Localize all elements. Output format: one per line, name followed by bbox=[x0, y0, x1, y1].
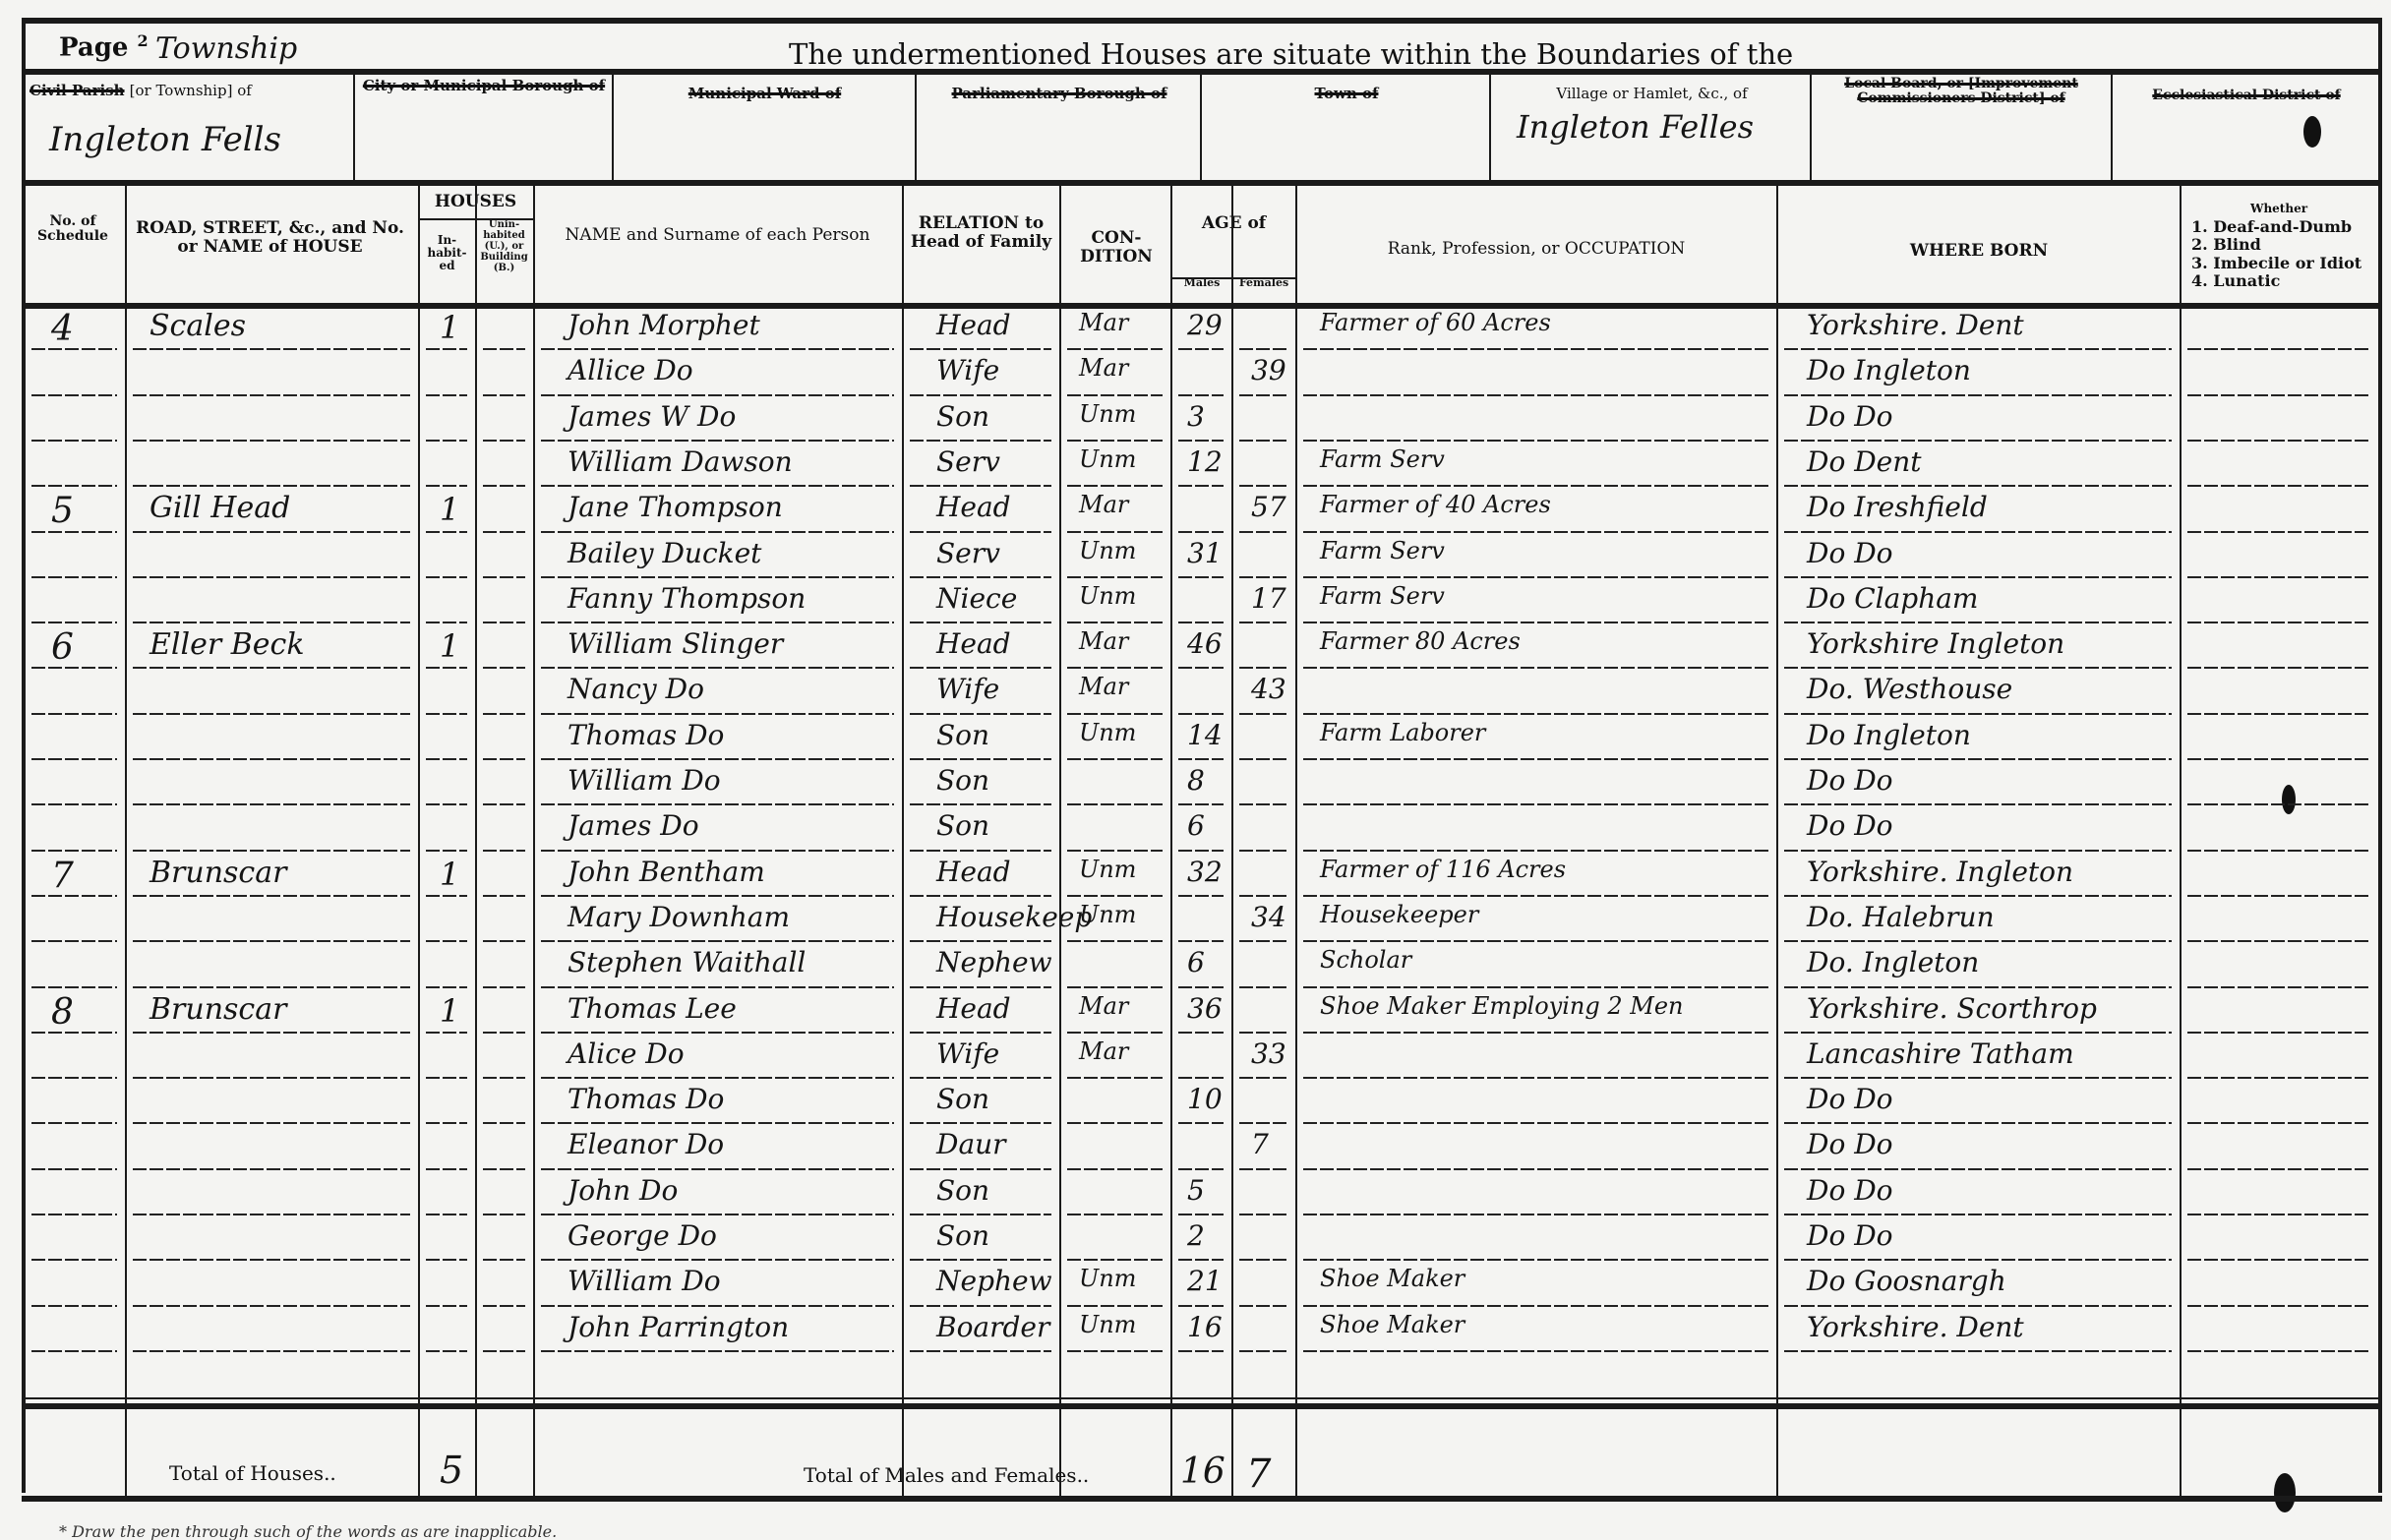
where-born: Do Do bbox=[1807, 400, 1893, 433]
row-rule bbox=[2187, 1259, 2370, 1261]
female-age: 43 bbox=[1251, 673, 1286, 705]
where-born: Yorkshire. Ingleton bbox=[1807, 856, 2073, 888]
col-header-road: ROAD, STREET, &c., and No. or NAME of HO… bbox=[125, 219, 415, 256]
boundary-label: Village or Hamlet, &c., of bbox=[1497, 87, 1807, 102]
row-rule bbox=[1178, 394, 1224, 396]
row-rule bbox=[1239, 622, 1287, 623]
row-rule bbox=[1178, 895, 1224, 897]
page-title: The undermentioned Houses are situate wi… bbox=[789, 37, 1793, 71]
row-rule bbox=[31, 1259, 117, 1261]
row-rule bbox=[22, 303, 2382, 309]
row-rule bbox=[910, 1122, 1051, 1124]
person-name: James Do bbox=[568, 809, 699, 842]
row-rule bbox=[1303, 803, 1768, 805]
row-rule bbox=[2187, 576, 2370, 578]
footnote: * Draw the pen through such of the words… bbox=[59, 1522, 557, 1540]
row-rule bbox=[426, 531, 467, 533]
male-age: 5 bbox=[1187, 1174, 1205, 1207]
row-rule bbox=[483, 667, 525, 669]
schedule-number: 7 bbox=[51, 856, 74, 896]
row-rule bbox=[1178, 1305, 1224, 1307]
relation: Head bbox=[936, 309, 1011, 341]
row-rule bbox=[910, 1350, 1051, 1352]
row-rule bbox=[483, 713, 525, 715]
row-rule bbox=[910, 803, 1051, 805]
row-rule bbox=[1784, 758, 2172, 760]
row-rule bbox=[1784, 986, 2172, 988]
row-rule bbox=[31, 1305, 117, 1307]
col-header-name: NAME and Surname of each Person bbox=[538, 226, 897, 245]
column-rule bbox=[1059, 183, 1061, 1496]
relation: Son bbox=[936, 809, 989, 842]
row-rule bbox=[1239, 1077, 1287, 1079]
row-rule bbox=[426, 803, 467, 805]
column-rule bbox=[1295, 183, 1297, 1496]
row-rule bbox=[541, 576, 894, 578]
row-rule bbox=[31, 440, 117, 442]
person-name: Allice Do bbox=[568, 354, 693, 386]
row-rule bbox=[541, 1214, 894, 1215]
row-rule bbox=[541, 986, 894, 988]
row-rule bbox=[1239, 1259, 1287, 1261]
row-rule bbox=[1784, 940, 2172, 942]
infirmity-option: 2. Blind bbox=[2191, 236, 2378, 254]
row-rule bbox=[1784, 348, 2172, 350]
row-rule bbox=[910, 895, 1051, 897]
row-rule bbox=[2187, 1077, 2370, 1079]
row-rule bbox=[1178, 803, 1224, 805]
row-rule bbox=[133, 1259, 410, 1261]
male-age: 6 bbox=[1187, 946, 1205, 978]
row-rule bbox=[483, 1350, 525, 1352]
row-rule bbox=[31, 850, 117, 852]
row-rule bbox=[1239, 1122, 1287, 1124]
schedule-number: 6 bbox=[51, 627, 74, 668]
relation: Nephew bbox=[936, 1265, 1052, 1297]
relation: Serv bbox=[936, 537, 1000, 569]
col-header-occupation: Rank, Profession, or OCCUPATION bbox=[1300, 240, 1772, 259]
row-rule bbox=[1178, 576, 1224, 578]
row-rule bbox=[2187, 1168, 2370, 1170]
row-rule bbox=[1303, 348, 1768, 350]
occupation: Farm Serv bbox=[1320, 537, 1445, 564]
where-born: Yorkshire Ingleton bbox=[1807, 627, 2064, 660]
row-rule bbox=[1178, 531, 1224, 533]
occupation: Farmer of 60 Acres bbox=[1320, 309, 1551, 336]
row-rule bbox=[1067, 986, 1163, 988]
row-rule bbox=[133, 348, 410, 350]
where-born: Yorkshire. Dent bbox=[1807, 1311, 2024, 1343]
row-rule bbox=[1303, 713, 1768, 715]
row-rule bbox=[2187, 713, 2370, 715]
col-header-schedule: No. of Schedule bbox=[24, 214, 122, 245]
row-rule bbox=[1303, 1122, 1768, 1124]
person-name: Fanny Thompson bbox=[568, 582, 806, 615]
row-rule bbox=[2187, 394, 2370, 396]
column-rule bbox=[1776, 183, 1778, 1496]
row-rule bbox=[133, 1168, 410, 1170]
row-rule bbox=[2187, 758, 2370, 760]
row-rule bbox=[483, 1077, 525, 1079]
column-rule bbox=[902, 183, 904, 1496]
row-rule bbox=[483, 1032, 525, 1034]
row-rule bbox=[22, 1397, 2382, 1399]
occupation: Scholar bbox=[1320, 946, 1411, 974]
row-rule bbox=[1170, 277, 1295, 279]
column-rule bbox=[1170, 183, 1172, 1496]
row-rule bbox=[426, 1259, 467, 1261]
female-age: 57 bbox=[1251, 491, 1286, 523]
row-rule bbox=[1067, 758, 1163, 760]
row-rule bbox=[910, 348, 1051, 350]
person-name: James W Do bbox=[568, 400, 736, 433]
row-rule bbox=[133, 531, 410, 533]
condition: Mar bbox=[1079, 627, 1128, 655]
house-name: Eller Beck bbox=[149, 627, 305, 662]
total-males-value: 16 bbox=[1180, 1451, 1225, 1492]
where-born: Yorkshire. Dent bbox=[1807, 309, 2024, 341]
person-name: Stephen Waithall bbox=[568, 946, 806, 978]
row-rule bbox=[31, 1168, 117, 1170]
person-name: Thomas Do bbox=[568, 719, 724, 751]
row-rule bbox=[426, 576, 467, 578]
row-rule bbox=[426, 348, 467, 350]
ink-blot bbox=[2282, 785, 2296, 814]
row-rule bbox=[1784, 576, 2172, 578]
row-rule bbox=[1239, 1350, 1287, 1352]
boundary-value: Ingleton Felles bbox=[1517, 108, 1754, 146]
inhabited-count: 1 bbox=[440, 856, 459, 893]
person-name: Thomas Do bbox=[568, 1083, 724, 1115]
row-rule bbox=[1303, 576, 1768, 578]
row-rule bbox=[541, 713, 894, 715]
col-header-uninhabited: Unin-habited (U.), or Building (B.) bbox=[477, 219, 531, 273]
row-rule bbox=[133, 1077, 410, 1079]
occupation: Farm Serv bbox=[1320, 582, 1445, 610]
male-age: 29 bbox=[1187, 309, 1223, 341]
row-rule bbox=[1784, 895, 2172, 897]
house-name: Scales bbox=[149, 309, 246, 343]
row-rule bbox=[910, 394, 1051, 396]
row-rule bbox=[133, 895, 410, 897]
row-rule bbox=[1784, 1305, 2172, 1307]
ink-blot bbox=[2274, 1473, 2296, 1512]
schedule-number: 5 bbox=[51, 491, 74, 531]
row-rule bbox=[1178, 850, 1224, 852]
row-rule bbox=[426, 895, 467, 897]
row-rule bbox=[910, 485, 1051, 487]
row-rule bbox=[483, 1214, 525, 1215]
column-rule bbox=[1231, 183, 1233, 1496]
row-rule bbox=[2187, 1214, 2370, 1215]
row-rule bbox=[483, 895, 525, 897]
row-rule bbox=[133, 1305, 410, 1307]
row-rule bbox=[483, 758, 525, 760]
relation: Wife bbox=[936, 673, 999, 705]
row-rule bbox=[910, 531, 1051, 533]
row-rule bbox=[541, 1122, 894, 1124]
col-header-relation: RELATION to Head of Family bbox=[905, 214, 1057, 251]
row-rule bbox=[31, 348, 117, 350]
total-houses-label: Total of Houses.. bbox=[169, 1461, 336, 1485]
row-rule bbox=[910, 758, 1051, 760]
row-rule bbox=[1303, 940, 1768, 942]
row-rule bbox=[1784, 803, 2172, 805]
row-rule bbox=[1178, 1122, 1224, 1124]
condition: Unm bbox=[1079, 901, 1136, 928]
row-rule bbox=[483, 394, 525, 396]
row-rule bbox=[1303, 667, 1768, 669]
condition: Unm bbox=[1079, 537, 1136, 564]
occupation: Housekeeper bbox=[1320, 901, 1478, 928]
row-rule bbox=[1303, 622, 1768, 623]
row-rule bbox=[541, 394, 894, 396]
male-age: 8 bbox=[1187, 764, 1205, 797]
relation: Head bbox=[936, 627, 1011, 660]
row-rule bbox=[2187, 1122, 2370, 1124]
male-age: 6 bbox=[1187, 809, 1205, 842]
inhabited-count: 1 bbox=[440, 491, 459, 528]
page-number: 2 bbox=[137, 31, 148, 50]
row-rule bbox=[1303, 1032, 1768, 1034]
boundary-label: [or Township] of bbox=[130, 82, 252, 99]
row-rule bbox=[483, 576, 525, 578]
row-rule bbox=[1784, 1077, 2172, 1079]
occupation: Shoe Maker bbox=[1320, 1311, 1464, 1338]
occupation: Farm Serv bbox=[1320, 445, 1445, 473]
row-rule bbox=[1303, 1077, 1768, 1079]
row-rule bbox=[1178, 940, 1224, 942]
where-born: Do Do bbox=[1807, 1174, 1893, 1207]
row-rule bbox=[133, 803, 410, 805]
row-rule bbox=[31, 803, 117, 805]
row-rule bbox=[426, 667, 467, 669]
occupation: Farmer of 40 Acres bbox=[1320, 491, 1551, 518]
row-rule bbox=[1067, 348, 1163, 350]
row-rule bbox=[133, 1032, 410, 1034]
row-rule bbox=[1178, 1168, 1224, 1170]
house-name: Gill Head bbox=[149, 491, 290, 525]
relation: Son bbox=[936, 400, 989, 433]
row-rule bbox=[418, 218, 533, 220]
total-houses-value: 5 bbox=[440, 1449, 463, 1492]
row-rule bbox=[910, 667, 1051, 669]
row-rule bbox=[483, 940, 525, 942]
row-rule bbox=[426, 1122, 467, 1124]
row-rule bbox=[1067, 850, 1163, 852]
row-rule bbox=[483, 803, 525, 805]
person-name: John Do bbox=[568, 1174, 678, 1207]
condition: Mar bbox=[1079, 309, 1128, 336]
where-born: Do Clapham bbox=[1807, 582, 1978, 615]
row-rule bbox=[1303, 1350, 1768, 1352]
row-rule bbox=[1178, 485, 1224, 487]
boundary-village: Village or Hamlet, &c., of Ingleton Fell… bbox=[1497, 87, 1807, 102]
person-name: William Slinger bbox=[568, 627, 783, 660]
row-rule bbox=[1303, 531, 1768, 533]
where-born: Lancashire Tatham bbox=[1807, 1037, 2074, 1070]
row-rule bbox=[1784, 440, 2172, 442]
total-females-value: 7 bbox=[1246, 1451, 1271, 1497]
condition: Unm bbox=[1079, 582, 1136, 610]
row-rule bbox=[483, 986, 525, 988]
row-rule bbox=[1067, 1122, 1163, 1124]
row-rule bbox=[133, 1122, 410, 1124]
row-rule bbox=[426, 1305, 467, 1307]
row-rule bbox=[483, 850, 525, 852]
relation: Boarder bbox=[936, 1311, 1049, 1343]
row-rule bbox=[1239, 440, 1287, 442]
row-rule bbox=[483, 1259, 525, 1261]
boundary-ecclesiastical: Ecclesiastical District of bbox=[2119, 89, 2374, 103]
person-name: Nancy Do bbox=[568, 673, 704, 705]
boundary-town: Town of bbox=[1208, 87, 1485, 102]
where-born: Do Do bbox=[1807, 764, 1893, 797]
row-rule bbox=[133, 1214, 410, 1215]
frame-top bbox=[22, 18, 2382, 24]
row-rule bbox=[1784, 1122, 2172, 1124]
row-rule bbox=[133, 713, 410, 715]
person-name: Thomas Lee bbox=[568, 992, 737, 1025]
row-rule bbox=[1067, 940, 1163, 942]
row-rule bbox=[1239, 394, 1287, 396]
female-age: 17 bbox=[1251, 582, 1286, 615]
row-rule bbox=[426, 394, 467, 396]
row-rule bbox=[426, 986, 467, 988]
condition: Mar bbox=[1079, 491, 1128, 518]
condition: Mar bbox=[1079, 673, 1128, 700]
infirmity-option: 4. Lunatic bbox=[2191, 272, 2378, 290]
boundary-ward: Municipal Ward of bbox=[620, 87, 910, 102]
row-rule bbox=[426, 850, 467, 852]
person-name: Alice Do bbox=[568, 1037, 685, 1070]
row-rule bbox=[910, 576, 1051, 578]
male-age: 46 bbox=[1187, 627, 1223, 660]
male-age: 16 bbox=[1187, 1311, 1223, 1343]
relation: Head bbox=[936, 992, 1011, 1025]
page-label: Page 2 bbox=[59, 31, 149, 63]
row-rule bbox=[133, 667, 410, 669]
where-born: Do Ingleton bbox=[1807, 354, 1971, 386]
relation: Son bbox=[936, 719, 989, 751]
where-born: Yorkshire. Scorthrop bbox=[1807, 992, 2097, 1025]
row-rule bbox=[426, 622, 467, 623]
male-age: 3 bbox=[1187, 400, 1205, 433]
row-rule bbox=[2187, 1032, 2370, 1034]
ink-blot bbox=[2303, 116, 2321, 148]
inhabited-count: 1 bbox=[440, 992, 459, 1030]
row-rule bbox=[31, 713, 117, 715]
where-born: Do Do bbox=[1807, 1128, 1893, 1160]
row-rule bbox=[910, 850, 1051, 852]
row-rule bbox=[1239, 850, 1287, 852]
row-rule bbox=[1239, 895, 1287, 897]
row-rule bbox=[133, 440, 410, 442]
row-rule bbox=[1067, 713, 1163, 715]
row-rule bbox=[1067, 576, 1163, 578]
row-rule bbox=[541, 622, 894, 623]
row-rule bbox=[1067, 1077, 1163, 1079]
row-rule bbox=[1178, 622, 1224, 623]
row-rule bbox=[1067, 485, 1163, 487]
row-rule bbox=[2187, 940, 2370, 942]
row-rule bbox=[1067, 1259, 1163, 1261]
male-age: 36 bbox=[1187, 992, 1223, 1025]
row-rule bbox=[1067, 394, 1163, 396]
row-rule bbox=[1178, 1032, 1224, 1034]
row-rule bbox=[133, 850, 410, 852]
occupation: Shoe Maker Employing 2 Men bbox=[1320, 992, 1684, 1020]
row-rule bbox=[1784, 1032, 2172, 1034]
row-rule bbox=[910, 622, 1051, 623]
row-rule bbox=[1067, 1032, 1163, 1034]
row-rule bbox=[2187, 895, 2370, 897]
row-rule bbox=[541, 1168, 894, 1170]
census-page: Page 2 The undermentioned Houses are sit… bbox=[22, 18, 2382, 1532]
row-rule bbox=[1067, 440, 1163, 442]
row-rule bbox=[426, 1350, 467, 1352]
row-rule bbox=[1784, 713, 2172, 715]
row-rule bbox=[1239, 986, 1287, 988]
female-age: 33 bbox=[1251, 1037, 1286, 1070]
row-rule bbox=[22, 1496, 2382, 1502]
row-rule bbox=[1178, 1077, 1224, 1079]
row-rule bbox=[1067, 622, 1163, 623]
row-rule bbox=[1239, 531, 1287, 533]
row-rule bbox=[31, 576, 117, 578]
col-header-where-born: WHERE BORN bbox=[1782, 242, 2176, 261]
row-rule bbox=[426, 1168, 467, 1170]
person-name: Eleanor Do bbox=[568, 1128, 724, 1160]
row-rule bbox=[1303, 485, 1768, 487]
relation: Housekeep bbox=[936, 901, 1092, 933]
male-age: 21 bbox=[1187, 1265, 1223, 1297]
relation: Wife bbox=[936, 354, 999, 386]
relation: Head bbox=[936, 856, 1011, 888]
male-age: 32 bbox=[1187, 856, 1223, 888]
female-age: 7 bbox=[1251, 1128, 1269, 1160]
inhabited-count: 1 bbox=[440, 627, 459, 665]
boundary-divider bbox=[22, 180, 2382, 186]
where-born: Do Ireshfield bbox=[1807, 491, 1988, 523]
row-rule bbox=[1067, 803, 1163, 805]
where-born: Do Goosnargh bbox=[1807, 1265, 2006, 1297]
row-rule bbox=[1303, 394, 1768, 396]
row-rule bbox=[910, 1305, 1051, 1307]
row-rule bbox=[910, 940, 1051, 942]
row-rule bbox=[1303, 1214, 1768, 1215]
row-rule bbox=[483, 531, 525, 533]
row-rule bbox=[541, 531, 894, 533]
where-born: Do Ingleton bbox=[1807, 719, 1971, 751]
person-name: Bailey Ducket bbox=[568, 537, 761, 569]
row-rule bbox=[2187, 1305, 2370, 1307]
row-rule bbox=[31, 667, 117, 669]
condition: Mar bbox=[1079, 992, 1128, 1020]
where-born: Do Do bbox=[1807, 1219, 1893, 1252]
row-rule bbox=[1067, 1168, 1163, 1170]
row-rule bbox=[541, 1350, 894, 1352]
condition: Unm bbox=[1079, 1311, 1136, 1338]
infirmity-option: 1. Deaf-and-Dumb bbox=[2191, 218, 2378, 236]
row-rule bbox=[133, 758, 410, 760]
female-age: 39 bbox=[1251, 354, 1286, 386]
row-rule bbox=[1178, 1259, 1224, 1261]
relation: Son bbox=[936, 1083, 989, 1115]
row-rule bbox=[541, 440, 894, 442]
male-age: 2 bbox=[1187, 1219, 1205, 1252]
person-name: William Do bbox=[568, 1265, 721, 1297]
